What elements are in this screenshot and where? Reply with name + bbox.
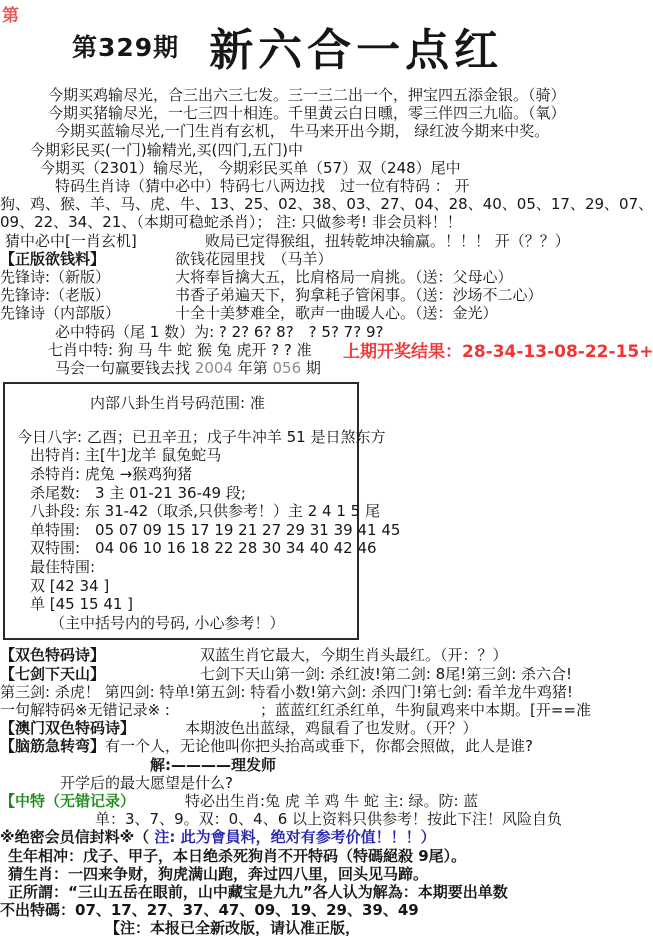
two-color-label: 【双色特码诗】 — [0, 646, 200, 664]
one-sentence-label: 一句解特码※无错记录※ : — [0, 701, 170, 719]
box-best-odd: 单 [45 15 41 ] — [30, 595, 357, 614]
last-draw-result-value: 28-34-13-08-22-15+03 — [462, 342, 653, 362]
line-member-envelope: ※绝密会员信封料※（ 注: 此为會員料，绝对有参考价值！！！） — [0, 828, 653, 846]
line-pioneer-internal: 先锋诗（内部版）十全十美梦难全，歌声一曲暖人心。（送：金光） — [0, 304, 653, 322]
box-out-zodiac: 出特肖: 主[牛]龙羊 鼠兔蛇马 — [30, 446, 357, 465]
box-spacer — [5, 413, 357, 428]
box-footnote: （主中括号内的号码, 小心参考！） — [50, 614, 357, 633]
line-edition-note: 【注：本报已全新改版，请认准正版， — [105, 919, 653, 936]
line-birth-clash: 生年相冲：戊子、甲子，本日绝杀死狗肖不开特码（特碼絕殺 9尾）。 — [8, 847, 653, 865]
line-odd-even: 今期买（2301）输尽光， 今期彩民买单（57）双（248）尾中 — [40, 159, 653, 177]
yixiao-label: 猜中必中[一肖玄机] — [5, 232, 205, 250]
pioneer-internal-label: 先锋诗（内部版） — [0, 304, 175, 322]
mahui-issue: 056 — [273, 359, 302, 377]
box-bazi: 今日八字: 乙酉；已丑辛丑；戊子牛冲羊 51 是日煞东方 — [17, 428, 357, 447]
line-two-color-poem: 【双色特码诗】双蓝生肖它最大，今期生肖头最红。（开：？） — [0, 646, 653, 664]
pioneer-old-label: 先锋诗:（老版） — [0, 286, 175, 304]
line-zodiac-numbers-1: 狗、鸡、猴、羊、马、虎、牛、13、25、02、38、03、27、04、28、40… — [0, 195, 653, 213]
line-zodiac-poem-header: 特码生肖诗（猜中必中）特码七八两边找 过一位有特码 ： 开 — [55, 177, 653, 195]
pioneer-new-text: 大将奉旨擒大五，比肩格局一肩挑。（送：父母心） — [175, 268, 513, 286]
two-color-text: 双蓝生肖它最大，今期生肖头最红。（开：？） — [200, 646, 508, 664]
pioneer-new-label: 先锋诗:（新版） — [0, 268, 175, 286]
box-best-range-label: 最佳特围: — [30, 558, 357, 577]
mahui-text: 马会一句赢要钱去找 — [55, 359, 195, 377]
seven-swords-label: 【七剑下天山】 — [0, 665, 200, 683]
last-draw-result: 上期开奖结果：28-34-13-08-22-15+03 — [343, 337, 653, 362]
zhongte-text: 特必出生肖:兔 虎 羊 鸡 牛 蛇 主: 绿。防: 蓝 — [185, 792, 478, 810]
box-even-range: 双特围: 04 06 10 16 18 22 28 30 34 40 42 46 — [30, 539, 357, 558]
yuqian-text: 欲钱花园里找 （马羊） — [175, 250, 333, 268]
line-zodiac-numbers-2: 09、22、34、21、（本期可稳蛇杀肖）； 注: 只做参考! 非会员料！！ — [0, 213, 653, 231]
member-envelope-note: 注: 此为會員料，绝对有参考价值！！！ — [154, 828, 420, 846]
line-teaser-next: 开学后的最大愿望是什么? — [60, 774, 653, 792]
line-pioneer-new: 先锋诗:（新版）大将奉旨擒大五，比肩格局一肩挑。（送：父母心） — [0, 268, 653, 286]
mahui-text-2: 年第 — [233, 359, 273, 377]
line-macau-poem: 【澳门双色特码诗】本期波色出蓝绿，鸡鼠看了也发财。（开？） — [0, 719, 653, 737]
box-bagua-segment: 八卦段: 东 31-42（取杀,只供参考！）主 2 4 1 5 尾 — [30, 502, 357, 521]
line-teaser-answer: 解:————理发师 — [150, 756, 653, 774]
lottery-tipsheet-page: 第 第329期 新六合一点红 今期买鸡输尽光，合三出六三七发。三一三二出一个，押… — [0, 0, 653, 936]
line-one-sentence: 一句解特码※无错记录※ :；蓝蓝红红杀红单，牛狗鼠鸡来中本期。[开==准 — [0, 701, 653, 719]
line-yixiao-xuanji: 猜中必中[一肖玄机]败局已定得猴组，扭转乾坤决输赢。！！！ 开（？？） — [5, 232, 653, 250]
box-kill-zodiac: 杀特肖: 虎兔 →猴鸡狗猪 — [30, 465, 357, 484]
box-kill-tail: 杀尾数: 3 主 01-21 36-49 段; — [30, 484, 357, 503]
poem-line-rooster: 今期买鸡输尽光，合三出六三七发。三一三二出一个，押宝四五添金银。（骑） — [48, 86, 653, 104]
line-saying: 正所謂：“三山五岳在眼前，山中藏宝是九九”各人认为解為：本期要出单数 — [8, 883, 653, 901]
masthead: 第329期 新六合一点红 — [0, 0, 653, 86]
page-title: 新六合一点红 — [209, 14, 503, 78]
brain-teaser-text: 有一个人，无论他叫你把头抬高或垂下，你都会照做，此人是谁? — [105, 737, 533, 755]
issue-number: 第329期 — [72, 28, 179, 64]
member-envelope-close: ） — [421, 828, 436, 846]
line-guess-zodiac: 猜生肖：一四来争财，狗虎满山跑，奔过四八里，回头见马蹄。 — [8, 865, 653, 883]
line-gates: 今期彩民买(一门)输精光,买(四门,五门)中 — [30, 141, 653, 159]
box-odd-range: 单特围: 05 07 09 15 17 19 21 27 29 31 39 41… — [30, 521, 357, 540]
corner-red-mark: 第 — [2, 1, 19, 26]
line-brain-teaser: 【脑筋急转弯】有一个人，无论他叫你把头抬高或垂下，你都会照做，此人是谁? — [0, 737, 653, 755]
line-seven-swords: 【七剑下天山】七剑下天山第一剑: 杀红波!第二剑: 8尾!第三剑: 杀六合! — [0, 665, 653, 683]
mahui-text-3: 期 — [301, 359, 321, 377]
line-excluded-numbers: 不出特碼：07、17、27、37、47、09、19、29、39、49 — [0, 901, 653, 919]
zhongte-label: 【中特（无错记录） — [0, 792, 185, 810]
box-best-even: 双 [42 34 ] — [30, 577, 357, 596]
box-title: 内部八卦生肖号码范围: 准 — [90, 394, 357, 413]
yuqian-label: 【正版欲钱料】 — [0, 250, 175, 268]
poem-line-blue: 今期买蓝输尽光,一门生肖有玄机， 牛马来开出今期， 绿红波今期来中奖。 — [55, 122, 653, 140]
macau-poem-text: 本期波色出蓝绿，鸡鼠看了也发财。（开？） — [185, 719, 478, 737]
poem-line-pig: 今期买猪输尽光，一七三四十相连。千里黄云白日曛，零三伴四三九临。（氧） — [48, 104, 653, 122]
line-odd-even-picks: 单：3、7、9。双：0、4、6 以上资料只供参考！按此下注！风险自负 — [95, 810, 653, 828]
bagua-info-box: 内部八卦生肖号码范围: 准 今日八字: 乙酉；已丑辛丑；戊子牛冲羊 51 是日煞… — [3, 382, 359, 640]
one-sentence-text: ；蓝蓝红红杀红单，牛狗鼠鸡来中本期。[开==准 — [260, 701, 591, 719]
line-pioneer-old: 先锋诗:（老版）书香子弟遍天下，狗拿耗子管闲事。（送：沙场不二心） — [0, 286, 653, 304]
mahui-year: 2004 — [195, 359, 233, 377]
macau-poem-label: 【澳门双色特码诗】 — [0, 719, 185, 737]
member-envelope-label: ※绝密会员信封料※（ — [0, 828, 154, 846]
seven-swords-text: 七剑下天山第一剑: 杀红波!第二剑: 8尾!第三剑: 杀六合! — [200, 665, 572, 683]
last-draw-result-label: 上期开奖结果： — [343, 342, 462, 362]
line-zhongte: 【中特（无错记录）特必出生肖:兔 虎 羊 鸡 牛 蛇 主: 绿。防: 蓝 — [0, 792, 653, 810]
yixiao-text: 败局已定得猴组，扭转乾坤决输赢。！！！ 开（？？） — [205, 232, 570, 250]
pioneer-old-text: 书香子弟遍天下，狗拿耗子管闲事。（送：沙场不二心） — [175, 286, 543, 304]
brain-teaser-label: 【脑筋急转弯】 — [0, 737, 105, 755]
line-seven-swords-2: 第三剑: 杀虎！ 第四剑: 特单!第五剑: 特看小数!第六剑: 杀四门!第七剑:… — [0, 683, 653, 701]
pioneer-internal-text: 十全十美梦难全，歌声一曲暖人心。（送：金光） — [175, 304, 498, 322]
line-yuqian: 【正版欲钱料】欲钱花园里找 （马羊） — [0, 250, 653, 268]
